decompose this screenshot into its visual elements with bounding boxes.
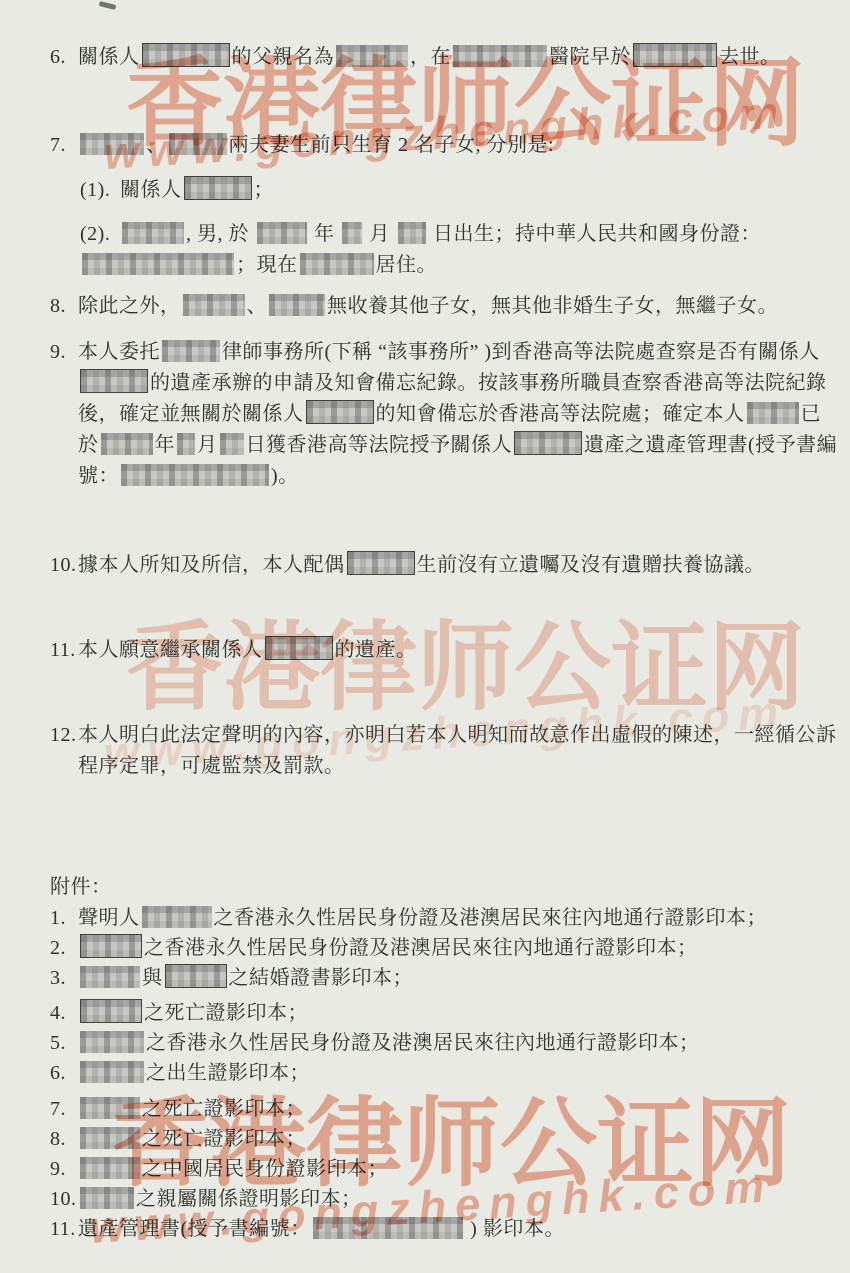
redacted-text <box>142 906 212 928</box>
document-page: 6.關係人的父親名為，在醫院早於去世。7.、兩夫妻生前只生育 2 名子女, 分別… <box>0 0 850 1273</box>
redacted-text <box>82 253 234 275</box>
attachment-item: 6.之出生證影印本； <box>50 1058 840 1089</box>
redacted-text <box>347 551 415 575</box>
text-run: 之死亡證影印本； <box>142 1098 306 1120</box>
text-run: 日出生；持中華人民共和國身份證： <box>428 223 762 245</box>
item-number: 2. <box>50 933 78 964</box>
text-run: 年 <box>309 223 341 245</box>
redacted-text <box>122 222 184 244</box>
item-number: 4. <box>50 998 78 1029</box>
redacted-text <box>183 294 245 316</box>
item-number: 9. <box>50 337 78 368</box>
redacted-text <box>177 433 195 455</box>
item-number: 11. <box>50 1214 78 1245</box>
item-number: (1). <box>80 175 120 206</box>
declaration-item: 8.除此之外，、無收養其他子女，無其他非婚生子女，無繼子女。 <box>50 291 840 322</box>
text-run: 除此之外， <box>78 295 181 317</box>
redacted-text <box>165 964 227 988</box>
text-run: ) 影印本。 <box>465 1218 565 1240</box>
redacted-text <box>257 222 307 244</box>
item-number: 10. <box>50 550 78 581</box>
text-run: 之中國居民身份證影印本； <box>142 1158 388 1180</box>
text-run: )。 <box>271 465 299 487</box>
text-run: 去世。 <box>719 46 781 68</box>
text-run: ；現在 <box>236 254 298 276</box>
redacted-text <box>633 43 717 67</box>
item-number: 9. <box>50 1154 78 1185</box>
text-run: 聲明人 <box>78 907 140 929</box>
text-run: 之死亡證影印本； <box>144 1002 308 1024</box>
item-number: 8. <box>50 1124 78 1155</box>
declaration-item: (1).關係人； <box>80 175 810 206</box>
text-run: 、 <box>146 134 167 156</box>
text-run: 之香港永久性居民身份證及港澳居民來往內地通行證影印本； <box>144 937 698 959</box>
attachment-item: 1.聲明人之香港永久性居民身份證及港澳居民來往內地通行證影印本； <box>50 903 840 934</box>
redacted-text <box>300 253 374 275</box>
declaration-item: 7.、兩夫妻生前只生育 2 名子女, 分別是: <box>50 130 840 161</box>
redacted-text <box>80 1097 140 1119</box>
declaration-item: 10.據本人所知及所信，本人配偶生前沒有立遺囑及沒有遺贈扶養協議。 <box>50 550 840 581</box>
scan-artifact <box>99 1 117 10</box>
text-run: 本人委托 <box>78 341 160 363</box>
declaration-item: (2)., 男, 於 年 月 日出生；持中華人民共和國身份證：；現在居住。 <box>80 219 810 281</box>
text-run: 關係人 <box>120 179 182 201</box>
redacted-text <box>80 1031 144 1053</box>
redacted-text <box>514 431 582 455</box>
attachment-item: 10.之親屬關係證明影印本； <box>50 1184 840 1215</box>
redacted-text <box>398 222 426 244</box>
declaration-item: 12.本人明白此法定聲明的內容，亦明白若本人明知而故意作出虛假的陳述，一經循公訴… <box>50 720 840 782</box>
text-run: 居住。 <box>376 254 438 276</box>
redacted-text <box>747 402 799 424</box>
item-number: 7. <box>50 1094 78 1125</box>
redacted-text <box>80 1127 140 1149</box>
redacted-text <box>80 1061 144 1083</box>
attachment-item: 9.之中國居民身份證影印本； <box>50 1154 840 1185</box>
text-run: 之親屬關係證明影印本； <box>136 1188 362 1210</box>
text-run: 之死亡證影印本； <box>142 1128 306 1150</box>
text-run: 遺產管理書(授予書編號： <box>78 1218 311 1240</box>
attachment-item: 3.與之結婚證書影印本； <box>50 963 840 994</box>
attachment-item: 8.之死亡證影印本； <box>50 1124 840 1155</box>
item-number: (2). <box>80 219 120 250</box>
text-run: 與 <box>142 967 163 989</box>
redacted-text <box>142 43 230 67</box>
declaration-item: 9.本人委托律師事務所(下稱 “該事務所” )到香港高等法院處查察是否有關係人的… <box>50 337 840 492</box>
text-run: 、 <box>247 295 268 317</box>
text-run: 兩夫妻生前只生育 2 名子女, 分別是: <box>229 134 555 156</box>
redacted-text <box>80 966 140 988</box>
redacted-text <box>80 934 142 958</box>
redacted-text <box>101 433 153 455</box>
redacted-text <box>220 433 244 455</box>
attachment-item: 11.遺產管理書(授予書編號： ) 影印本。 <box>50 1214 840 1245</box>
text-run: , 男, 於 <box>186 223 255 245</box>
attachment-item: 7.之死亡證影印本； <box>50 1094 840 1125</box>
text-run: 的遺產。 <box>335 639 417 661</box>
text-run: 月 <box>197 434 218 456</box>
attachment-item: 4.之死亡證影印本； <box>50 998 840 1029</box>
item-number: 11. <box>50 635 78 666</box>
redacted-text <box>162 340 220 362</box>
text-run: 無收養其他子女，無其他非婚生子女，無繼子女。 <box>327 295 778 317</box>
item-number: 1. <box>50 903 78 934</box>
item-number: 5. <box>50 1028 78 1059</box>
item-number: 8. <box>50 291 78 322</box>
redacted-text <box>336 45 408 67</box>
item-number: 6. <box>50 42 78 73</box>
declaration-item: 11.本人願意繼承關係人的遺產。 <box>50 635 840 666</box>
redacted-text <box>169 133 227 155</box>
item-number: 10. <box>50 1184 78 1215</box>
declaration-item: 6.關係人的父親名為，在醫院早於去世。 <box>50 42 840 73</box>
redacted-text <box>121 464 269 486</box>
redacted-text <box>80 1187 134 1209</box>
redacted-text <box>313 1217 463 1239</box>
redacted-text <box>306 400 374 424</box>
item-number: 7. <box>50 130 78 161</box>
text-run: 年 <box>155 434 176 456</box>
text-run: 日獲香港高等法院授予關係人 <box>246 434 513 456</box>
text-run: 之出生證影印本； <box>146 1062 310 1084</box>
text-run: 之香港永久性居民身份證及港澳居民來往內地通行證影印本； <box>146 1032 700 1054</box>
redacted-text <box>80 999 142 1023</box>
watermark-brand-text: 香港律师公证网 <box>126 612 805 724</box>
redacted-text <box>80 133 144 155</box>
text-run: 生前沒有立遺囑及沒有遺贈扶養協議。 <box>417 554 766 576</box>
redacted-text <box>453 45 547 67</box>
text-run: 本人願意繼承關係人 <box>78 639 263 661</box>
redacted-text <box>80 1157 140 1179</box>
text-run: 關係人 <box>78 46 140 68</box>
text-run: 的父親名為 <box>232 46 335 68</box>
text-run: 本人明白此法定聲明的內容，亦明白若本人明知而故意作出虛假的陳述，一經循公訴程序定… <box>78 724 837 777</box>
text-run: 之香港永久性居民身份證及港澳居民來往內地通行證影印本； <box>214 907 768 929</box>
redacted-text <box>184 176 252 200</box>
text-run: ，在 <box>410 46 451 68</box>
text-run: 的知會備忘於香港高等法院處；確定本人 <box>376 403 745 425</box>
attachment-item: 2.之香港永久性居民身份證及港澳居民來往內地通行證影印本； <box>50 933 840 964</box>
text-run: 律師事務所(下稱 “該事務所” )到香港高等法院處查察是否有關係人 <box>222 341 820 363</box>
attachment-item: 5.之香港永久性居民身份證及港澳居民來往內地通行證影印本； <box>50 1028 840 1059</box>
item-number: 3. <box>50 963 78 994</box>
text-run: 之結婚證書影印本； <box>229 967 414 989</box>
redacted-text <box>269 294 325 316</box>
text-run: 月 <box>364 223 396 245</box>
redacted-text <box>265 636 333 660</box>
item-number: 6. <box>50 1058 78 1089</box>
text-run: ； <box>254 179 275 201</box>
text-run: 據本人所知及所信，本人配偶 <box>78 554 345 576</box>
redacted-text <box>80 369 148 393</box>
redacted-text <box>342 222 362 244</box>
item-number: 12. <box>50 720 78 751</box>
attachments-title: 附件： <box>50 872 350 903</box>
text-run: 醫院早於 <box>549 46 631 68</box>
